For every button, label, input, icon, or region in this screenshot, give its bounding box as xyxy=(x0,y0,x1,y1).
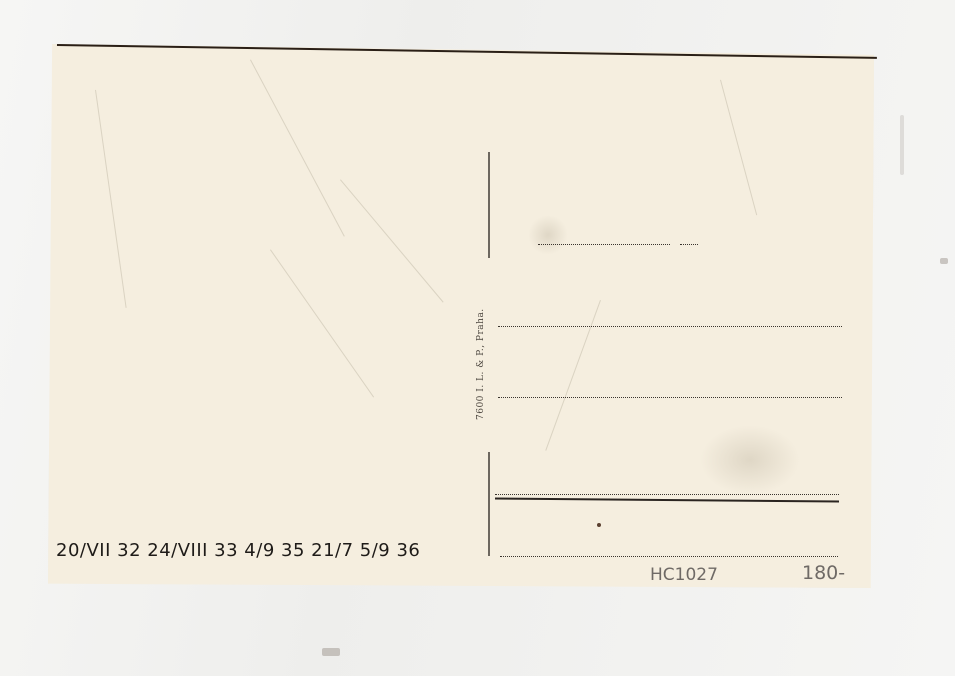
address-line-1b xyxy=(680,244,698,245)
dust-speck xyxy=(940,258,948,264)
foxing-stain xyxy=(700,425,800,495)
address-line-2 xyxy=(498,326,842,327)
address-line-5 xyxy=(500,556,838,557)
address-line-1 xyxy=(538,244,670,245)
dust-speck xyxy=(322,648,340,656)
postcard xyxy=(48,44,874,588)
foxing-stain xyxy=(528,215,568,255)
ink-spot xyxy=(597,523,601,527)
dust-speck xyxy=(900,115,904,175)
center-divider-bottom xyxy=(488,452,490,556)
publisher-imprint: 7600 I. L. & P., Praha. xyxy=(476,308,486,420)
address-line-3 xyxy=(498,397,842,398)
inventory-code: HC1027 xyxy=(650,565,718,585)
handwritten-dates: 20/VII 32 24/VIII 33 4/9 35 21/7 5/9 36 xyxy=(56,540,420,561)
address-line-4 xyxy=(495,494,839,495)
center-divider-top xyxy=(488,152,490,258)
price-note: 180- xyxy=(802,562,845,584)
